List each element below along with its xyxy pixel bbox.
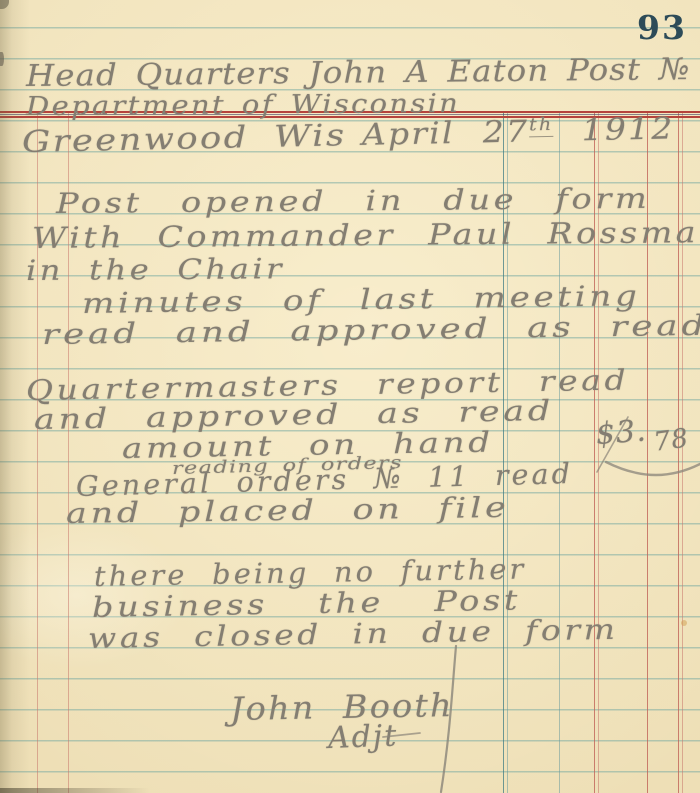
date-ordinal: th bbox=[529, 115, 554, 138]
handwriting-date: April 27th 1912 bbox=[362, 114, 675, 151]
handwriting-line-placed-on-file: and placed on file bbox=[66, 494, 510, 528]
amount-dollars: $3. bbox=[595, 416, 648, 449]
handwriting-line-in-the-chair: in the Chair bbox=[26, 255, 285, 285]
bottom-edge-shadow bbox=[0, 788, 150, 793]
margin-line-red-left-1 bbox=[37, 112, 38, 793]
page-number: 93 bbox=[637, 8, 687, 47]
date-year: 1912 bbox=[581, 111, 675, 148]
ledger-page: 93 Head Quarters John A Eaton Post № 213… bbox=[0, 0, 700, 793]
handwriting-place: Greenwood Wis bbox=[22, 121, 347, 158]
paper-stain-dot bbox=[681, 620, 687, 626]
handwriting-line-post-opened: Post opened in due form bbox=[56, 185, 651, 218]
amount-cents: 78 bbox=[652, 425, 690, 456]
paper-nick-left-edge bbox=[0, 52, 4, 66]
date-day: April 27 bbox=[362, 114, 530, 152]
signature-title: Adjt bbox=[327, 722, 398, 754]
handwriting-department-line: Department of Wisconsin bbox=[26, 91, 460, 120]
handwriting-dateline: Greenwood Wis April 27th 1912 bbox=[22, 122, 298, 158]
handwriting-headquarters-line: Head Quarters John A Eaton Post № 213 bbox=[26, 54, 700, 92]
handwriting-line-commander: With Commander Paul Rossman bbox=[32, 218, 700, 253]
